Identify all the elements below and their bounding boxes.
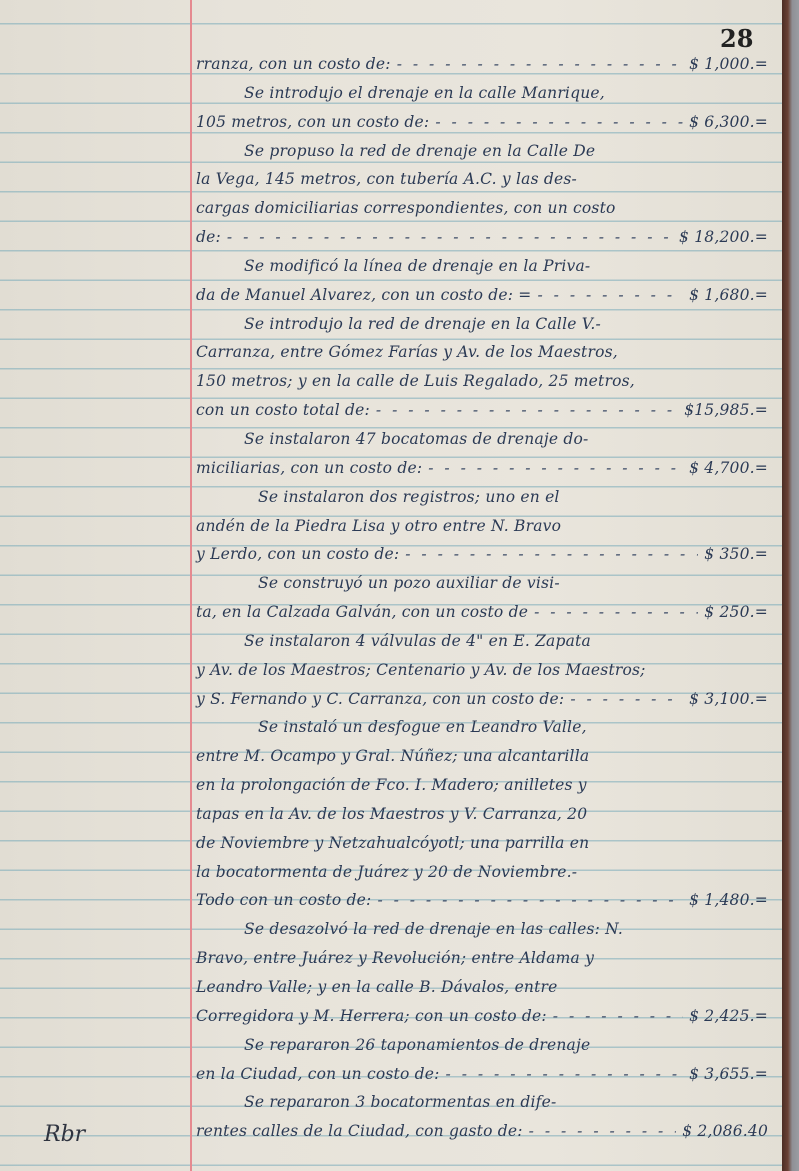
ledger-entry-line: Carranza, entre Gómez Farías y Av. de lo… [196,338,768,367]
ledger-entry-line-with-amount: miciliarias, con un costo de:- - - - - -… [196,454,768,483]
entry-amount: $ 250.= [704,598,768,627]
entry-amount: $ 2,425.= [689,1002,768,1031]
ledger-entry-line: Se repararon 26 taponamientos de drenaje [196,1031,768,1060]
leader-dashes: - - - - - - - - - - - - - - - - - - - - … [570,685,683,714]
ledger-entry-line-with-amount: con un costo total de:- - - - - - - - - … [196,396,768,425]
ledger-entry-line-with-amount: y Lerdo, con un costo de:- - - - - - - -… [196,540,768,569]
ledger-entry-line: y Av. de los Maestros; Centenario y Av. … [196,656,768,685]
ledger-entry-line: Bravo, entre Juárez y Revolución; entre … [196,944,768,973]
ledger-entry-line: Se introdujo la red de drenaje en la Cal… [196,310,768,339]
leader-dashes: - - - - - - - - - - - - - - - - - - - - … [534,598,698,627]
ledger-entry-line: Se introdujo el drenaje en la calle Manr… [196,79,768,108]
book-spine [782,0,799,1171]
entry-text: Se instaló un desfogue en Leandro Valle, [196,713,587,742]
entry-amount: $ 6,300.= [689,108,768,137]
entry-text: 105 metros, con un costo de: [196,108,429,137]
ledger-entry-line-with-amount: de:- - - - - - - - - - - - - - - - - - -… [196,223,768,252]
leader-dashes: - - - - - - - - - - - - - - - - - - - - … [529,1117,677,1146]
entry-text: de: [196,223,221,252]
ledger-entry-line: Se instaló un desfogue en Leandro Valle, [196,713,768,742]
entry-amount: $ 1,680.= [689,281,768,310]
ledger-entry-line: en la prolongación de Fco. I. Madero; an… [196,771,768,800]
entry-text: Se construyó un pozo auxiliar de visi- [196,569,560,598]
leader-dashes: - - - - - - - - - - - - - - - - - - - - … [397,50,683,79]
ledger-entry-line: de Noviembre y Netzahualcóyotl; una parr… [196,829,768,858]
leader-dashes: - - - - - - - - - - - - - - - - - - - - … [428,454,683,483]
leader-dashes: - - - - - - - - - - - - - - - - - - - - … [538,281,684,310]
margin-line [190,0,192,1171]
leader-dashes: - - - - - - - - - - - - - - - - - - - - … [376,396,678,425]
ledger-entry-line: tapas en la Av. de los Maestros y V. Car… [196,800,768,829]
ledger-entry-line: Se desazolvó la red de drenaje en las ca… [196,915,768,944]
ledger-entry-line: cargas domiciliarias correspondientes, c… [196,194,768,223]
ledger-entry-line: entre M. Ocampo y Gral. Núñez; una alcan… [196,742,768,771]
entry-amount: $15,985.= [684,396,768,425]
entry-text: Se instalaron 47 bocatomas de drenaje do… [196,425,589,454]
ledger-entry-line: Se modificó la línea de drenaje en la Pr… [196,252,768,281]
entry-amount: $ 3,100.= [689,685,768,714]
leader-dashes: - - - - - - - - - - - - - - - - - - - - … [446,1060,684,1089]
ledger-entry-line-with-amount: ta, en la Calzada Galván, con un costo d… [196,598,768,627]
ledger-entry-line: Se instalaron 4 válvulas de 4" en E. Zap… [196,627,768,656]
entry-text: Todo con un costo de: [196,886,371,915]
ledger-entry-line: Se instalaron dos registros; uno en el [196,483,768,512]
entry-text: Se introdujo la red de drenaje en la Cal… [196,310,601,339]
entry-text: Se repararon 26 taponamientos de drenaje [196,1031,590,1060]
entry-text: miciliarias, con un costo de: [196,454,422,483]
entry-text: Se modificó la línea de drenaje en la Pr… [196,252,590,281]
ledger-entry-line: Se repararon 3 bocatormentas en dife- [196,1088,768,1117]
leader-dashes: - - - - - - - - - - - - - - - - - - - - … [435,108,683,137]
handwritten-entries: rranza, con un costo de:- - - - - - - - … [196,50,768,1146]
ledger-entry-line: Leandro Valle; y en la calle B. Dávalos,… [196,973,768,1002]
entry-text: rranza, con un costo de: [196,50,391,79]
ledger-entry-line-with-amount: 105 metros, con un costo de:- - - - - - … [196,108,768,137]
entry-text: Se desazolvó la red de drenaje en las ca… [196,915,623,944]
ledger-entry-line-with-amount: rentes calles de la Ciudad, con gasto de… [196,1117,768,1146]
margin-initials: Rbr [44,1122,85,1147]
entry-text: andén de la Piedra Lisa y otro entre N. … [196,512,561,541]
ledger-entry-line: la Vega, 145 metros, con tubería A.C. y … [196,165,768,194]
entry-text: Se propuso la red de drenaje en la Calle… [196,137,595,166]
ledger-entry-line: 150 metros; y en la calle de Luis Regala… [196,367,768,396]
entry-text: entre M. Ocampo y Gral. Núñez; una alcan… [196,742,589,771]
entry-text: ta, en la Calzada Galván, con un costo d… [196,598,528,627]
ledger-page: 28 rranza, con un costo de:- - - - - - -… [0,0,782,1171]
ledger-entry-line-with-amount: da de Manuel Alvarez, con un costo de: =… [196,281,768,310]
ledger-entry-line: andén de la Piedra Lisa y otro entre N. … [196,512,768,541]
entry-text: la bocatormenta de Juárez y 20 de Noviem… [196,858,577,887]
entry-text: de Noviembre y Netzahualcóyotl; una parr… [196,829,589,858]
entry-amount: $ 3,655.= [689,1060,768,1089]
entry-text: Se instalaron dos registros; uno en el [196,483,560,512]
entry-amount: $ 1,480.= [689,886,768,915]
ledger-entry-line-with-amount: en la Ciudad, con un costo de:- - - - - … [196,1060,768,1089]
entry-amount: $ 1,000.= [689,50,768,79]
leader-dashes: - - - - - - - - - - - - - - - - - - - - … [377,886,683,915]
ledger-entry-line: la bocatormenta de Juárez y 20 de Noviem… [196,858,768,887]
entry-text: con un costo total de: [196,396,370,425]
page-number: 28 [720,24,753,53]
entry-amount: $ 4,700.= [689,454,768,483]
entry-text: y S. Fernando y C. Carranza, con un cost… [196,685,564,714]
entry-text: la Vega, 145 metros, con tubería A.C. y … [196,165,577,194]
ledger-entry-line-with-amount: Todo con un costo de:- - - - - - - - - -… [196,886,768,915]
entry-text: Carranza, entre Gómez Farías y Av. de lo… [196,338,618,367]
entry-text: tapas en la Av. de los Maestros y V. Car… [196,800,587,829]
entry-text: Bravo, entre Juárez y Revolución; entre … [196,944,594,973]
leader-dashes: - - - - - - - - - - - - - - - - - - - - … [227,223,673,252]
ledger-entry-line: Se instalaron 47 bocatomas de drenaje do… [196,425,768,454]
entry-text: 150 metros; y en la calle de Luis Regala… [196,367,635,396]
entry-text: en la Ciudad, con un costo de: [196,1060,440,1089]
ledger-entry-line: Se propuso la red de drenaje en la Calle… [196,137,768,166]
entry-text: Corregidora y M. Herrera; con un costo d… [196,1002,547,1031]
entry-amount: $ 2,086.40 [682,1117,768,1146]
entry-text: da de Manuel Alvarez, con un costo de: = [196,281,532,310]
entry-text: en la prolongación de Fco. I. Madero; an… [196,771,587,800]
ledger-entry-line: Se construyó un pozo auxiliar de visi- [196,569,768,598]
leader-dashes: - - - - - - - - - - - - - - - - - - - - … [553,1002,683,1031]
ledger-entry-line-with-amount: y S. Fernando y C. Carranza, con un cost… [196,685,768,714]
entry-text: Leandro Valle; y en la calle B. Dávalos,… [196,973,558,1002]
entry-text: rentes calles de la Ciudad, con gasto de… [196,1117,523,1146]
entry-amount: $ 350.= [704,540,768,569]
entry-text: Se introdujo el drenaje en la calle Manr… [196,79,605,108]
entry-text: cargas domiciliarias correspondientes, c… [196,194,616,223]
ledger-entry-line-with-amount: rranza, con un costo de:- - - - - - - - … [196,50,768,79]
entry-text: Se repararon 3 bocatormentas en dife- [196,1088,556,1117]
leader-dashes: - - - - - - - - - - - - - - - - - - - - … [405,540,698,569]
entry-text: y Av. de los Maestros; Centenario y Av. … [196,656,646,685]
entry-amount: $ 18,200.= [679,223,768,252]
entry-text: y Lerdo, con un costo de: [196,540,399,569]
ledger-entry-line-with-amount: Corregidora y M. Herrera; con un costo d… [196,1002,768,1031]
entry-text: Se instalaron 4 válvulas de 4" en E. Zap… [196,627,591,656]
